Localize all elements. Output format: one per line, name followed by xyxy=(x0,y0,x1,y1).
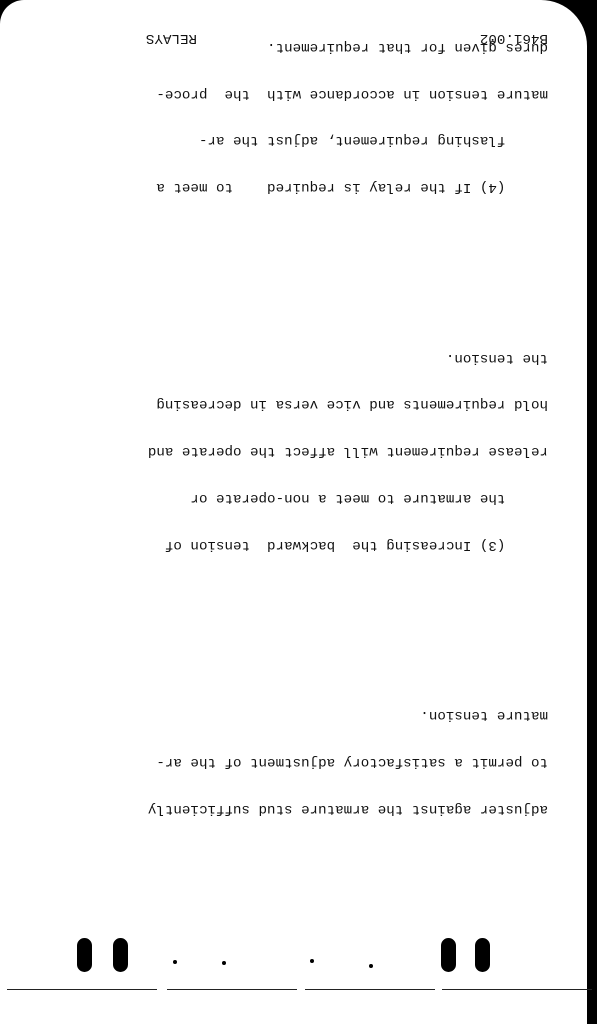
speck xyxy=(222,961,226,965)
page-rule xyxy=(167,989,297,990)
speck xyxy=(173,960,177,964)
paragraph-3: (3) Increasing the backward tension of t… xyxy=(48,318,548,583)
binder-hole xyxy=(475,938,490,972)
page-rule xyxy=(442,989,592,990)
page-header-left: B461.002 Page 39 xyxy=(348,0,548,76)
text-line: (3) Increasing the backward tension of xyxy=(48,536,548,552)
page-rule xyxy=(7,989,157,990)
speck xyxy=(369,964,373,968)
text-line: mature tension in accordance with the pr… xyxy=(48,85,548,101)
text-line: hold requirements and vice versa in decr… xyxy=(48,396,548,412)
text-line: flashing requirement, adjust the ar- xyxy=(48,132,548,148)
text-line: to permit a satisfactory adjustment of t… xyxy=(48,753,548,769)
speck xyxy=(310,959,314,963)
text-line: release requirement will affect the oper… xyxy=(48,443,548,459)
rotated-page: adjuster against the armature stud suffi… xyxy=(0,0,597,1024)
body-text: adjuster against the armature stud suffi… xyxy=(48,0,548,878)
text-line: (4) If the relay is required to meet a xyxy=(48,179,548,195)
scan-border xyxy=(587,0,597,1024)
page-rule xyxy=(305,989,435,990)
text-line: the armature to meet a non-operate or xyxy=(48,489,548,505)
text-line: adjuster against the armature stud suffi… xyxy=(48,800,548,816)
page-header-right: RELAYS B AND G TYPES xyxy=(37,0,197,76)
binder-hole xyxy=(77,938,92,972)
doc-title: RELAYS xyxy=(37,29,197,45)
paragraph-continuation: adjuster against the armature stud suffi… xyxy=(48,675,548,847)
binder-hole xyxy=(441,938,456,972)
text-line: the tension. xyxy=(48,349,548,365)
text-line: mature tension. xyxy=(48,706,548,722)
doc-number: B461.002 xyxy=(348,29,548,45)
binder-hole xyxy=(113,938,128,972)
